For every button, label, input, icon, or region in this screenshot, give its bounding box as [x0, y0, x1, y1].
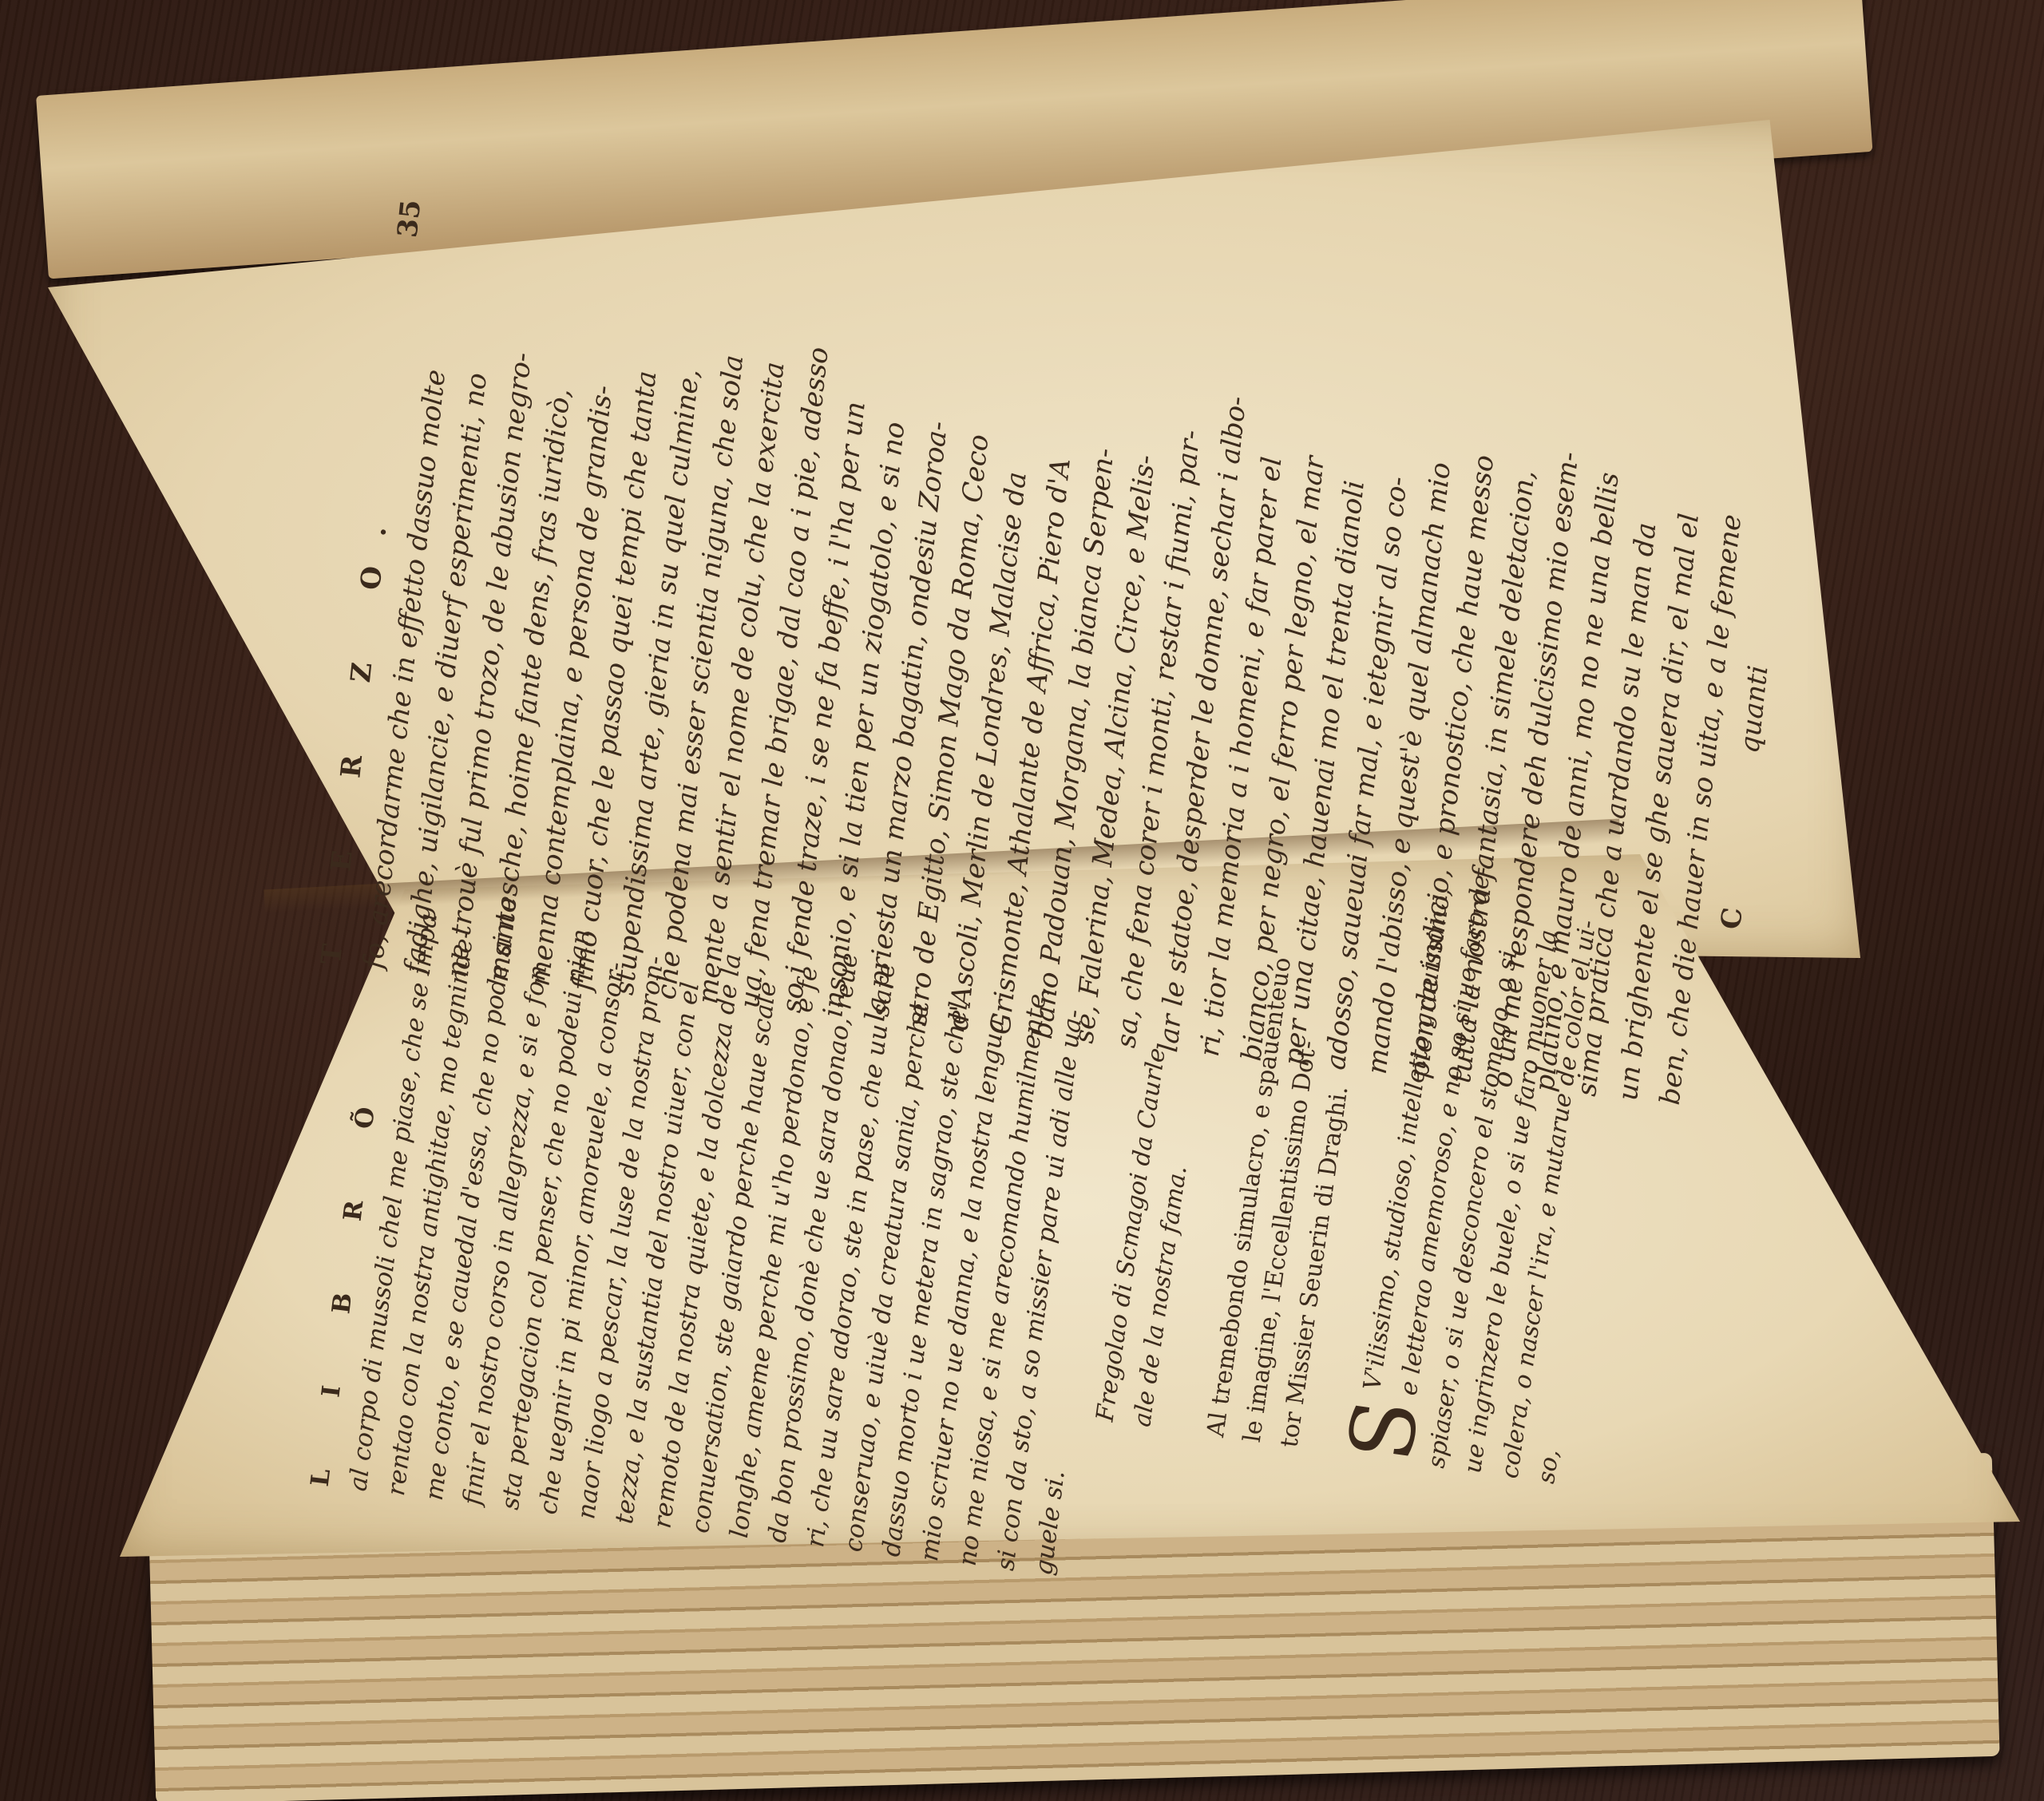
lower-page-text: L I B R Õ al corpo di mussoli chel me pi… [301, 881, 1136, 1577]
signature-mark: C [1715, 906, 1749, 931]
drop-cap: S [1345, 1395, 1423, 1465]
lower-page-dedication-block: Fregolao di Scmagoi da Caurle ale de la … [1087, 861, 1644, 1486]
catchword: quanti [1733, 664, 1774, 755]
page-number: 35 [392, 198, 428, 239]
